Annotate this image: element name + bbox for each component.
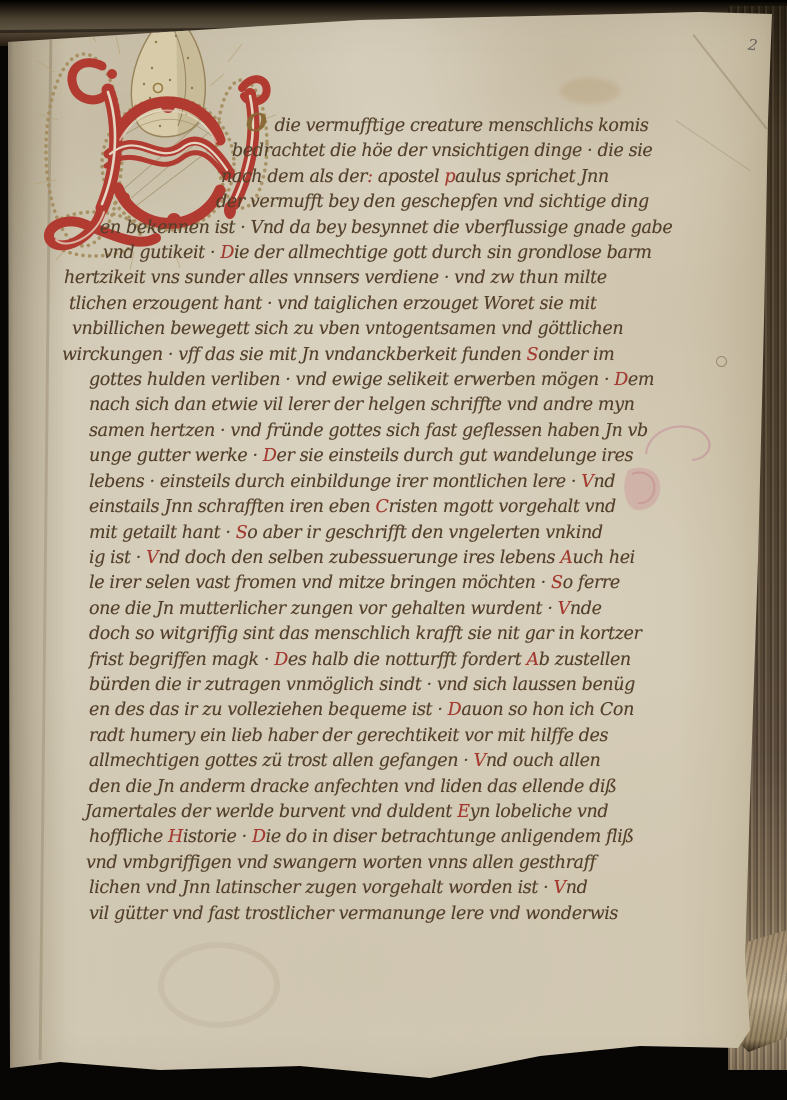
text-segment: o aber ir geschrifft den vngelerten vnki… [247, 523, 602, 543]
parchment-stain [560, 78, 620, 104]
manuscript-line: en bekennen ist · Vnd da bey besynnet di… [100, 216, 682, 241]
manuscript-line: unge gutter werke · Der sie einsteils du… [89, 444, 682, 469]
text-segment: doch so witgriffig sint das menschlich k… [89, 624, 641, 644]
manuscript-line: samen hertzen · vnd fründe gottes sich f… [89, 419, 682, 444]
folio-number: 2 [747, 36, 758, 55]
corner-crease [675, 120, 750, 171]
text-segment: yn lobeliche vnd [470, 802, 609, 822]
text-segment: en bekennen ist · Vnd da bey besynnet di… [100, 218, 672, 238]
text-segment: en des das ir zu volleziehen bequeme ist… [89, 700, 448, 720]
rubricated-letter: p [444, 167, 455, 187]
manuscript-line: wirckungen · vff das sie mit Jn vndanckb… [62, 343, 682, 368]
rubricated-letter: V [553, 878, 565, 898]
rubricated-letter: H [168, 827, 183, 847]
manuscript-line: mit getailt hant · So aber ir geschrifft… [89, 521, 682, 546]
text-segment: uch hei [573, 548, 635, 568]
text-segment: gottes hulden verliben · vnd ewige selik… [89, 370, 614, 390]
manuscript-line: gottes hulden verliben · vnd ewige selik… [89, 368, 682, 393]
manuscript-line: vnd vmbgriffigen vnd swangern worten vnn… [86, 851, 682, 876]
text-segment: vnd gutikeit · [103, 243, 220, 263]
text-segment: ie do in diser betrachtunge anligendem f… [266, 827, 634, 847]
text-segment: es halb die notturfft fordert [288, 650, 527, 670]
text-segment: ig ist · [89, 548, 146, 568]
text-block: O die vermufftige creature menschlichs k… [62, 110, 682, 927]
text-segment: one die Jn mutterlicher zungen vor gehal… [89, 599, 558, 619]
manuscript-line: one die Jn mutterlicher zungen vor gehal… [89, 597, 682, 622]
text-segment: nd [566, 878, 588, 898]
rubricated-letter: V [474, 751, 486, 771]
text-segment: nd doch den selben zubessuerunge ires le… [158, 548, 560, 568]
text-segment: tlichen erzougent hant · vnd taiglichen … [69, 294, 596, 314]
text-segment: hertzikeit vns sunder alles vnnsers verd… [64, 268, 607, 288]
parchment-page: 2 [0, 0, 787, 1100]
text-segment: nd ouch allen [486, 751, 601, 771]
text-segment: einstails Jnn schrafften iren eben [89, 497, 375, 517]
pen-trial-mark [716, 356, 727, 367]
manuscript-line: frist begriffen magk · Des halb die nott… [89, 648, 682, 673]
rubricated-letter: D [448, 700, 462, 720]
text-segment: istorie · [183, 827, 252, 847]
versal-letter: O [246, 108, 274, 137]
manuscript-line: bedrachtet die höe der vnsichtigen dinge… [232, 139, 682, 164]
manuscript-line: le irer selen vast fromen vnd mitze brin… [89, 571, 682, 596]
text-segment: aulus sprichet Jnn [455, 167, 609, 187]
rubricated-letter: S [526, 345, 538, 365]
text-segment: nd [594, 472, 616, 492]
text-segment: mit getailt hant · [89, 523, 236, 543]
manuscript-line: einstails Jnn schrafften iren eben Crist… [89, 495, 682, 520]
manuscript-line: nach sich dan etwie vil lerer der helgen… [89, 393, 682, 418]
rubricated-letter: D [252, 827, 266, 847]
text-segment: hoffliche [89, 827, 168, 847]
text-segment: le irer selen vast fromen vnd mitze brin… [89, 573, 551, 593]
text-segment: nach sich dan etwie vil lerer der helgen… [89, 395, 634, 415]
manuscript-line: vil gütter vnd fast trostlicher vermanun… [89, 902, 682, 927]
manuscript-line: lebens · einsteils durch einbildunge ire… [89, 470, 682, 495]
text-segment: b zustellen [539, 650, 631, 670]
rubricated-letter: E [457, 802, 469, 822]
text-segment: nde [570, 599, 602, 619]
text-segment: lichen vnd Jnn latinscher zugen vorgehal… [89, 878, 553, 898]
text-segment: apostel [373, 167, 445, 187]
rubricated-letter: A [560, 548, 572, 568]
rubricated-letter: D [274, 650, 288, 670]
text-segment: ie der allmechtige gott durch sin grondl… [234, 243, 652, 263]
manuscript-line: den die Jn anderm dracke anfechten vnd l… [89, 775, 682, 800]
manuscript-line: allmechtigen gottes zü trost allen gefan… [89, 749, 682, 774]
rubricated-letter: D [220, 243, 234, 263]
text-segment: onder im [538, 345, 614, 365]
text-segment: vnbillichen bewegett sich zu vben vntoge… [72, 319, 623, 339]
text-segment: em [628, 370, 654, 390]
manuscript-line: vnd gutikeit · Die der allmechtige gott … [103, 241, 682, 266]
text-segment: allmechtigen gottes zü trost allen gefan… [89, 751, 474, 771]
manuscript-line: nach dem als der: apostel paulus spriche… [221, 165, 682, 190]
manuscript-line: en des das ir zu volleziehen bequeme ist… [89, 698, 682, 723]
text-segment: o ferre [563, 573, 620, 593]
rubricated-letter: D [614, 370, 628, 390]
text-segment: auon so hon ich Con [461, 700, 634, 720]
manuscript-line: lichen vnd Jnn latinscher zugen vorgehal… [89, 876, 682, 901]
text-segment: samen hertzen · vnd fründe gottes sich f… [89, 421, 648, 441]
manuscript-line: Jamertales der werlde burvent vnd dulden… [85, 800, 682, 825]
rubricated-letter: V [146, 548, 158, 568]
text-segment: lebens · einsteils durch einbildunge ire… [89, 472, 581, 492]
text-segment: risten mgott vorgehalt vnd [388, 497, 615, 517]
text-segment: Jamertales der werlde burvent vnd dulden… [85, 802, 457, 822]
faint-offset-stain [158, 942, 280, 1028]
manuscript-line: der vermufft bey den geschepfen vnd sich… [216, 190, 682, 215]
rubricated-letter: V [581, 472, 593, 492]
manuscript-line: hertzikeit vns sunder alles vnnsers verd… [64, 266, 682, 291]
manuscript-line: tlichen erzougent hant · vnd taiglichen … [69, 292, 682, 317]
manuscript-line: O die vermufftige creature menschlichs k… [246, 110, 682, 139]
rubricated-letter: V [558, 599, 570, 619]
manuscript-line: ig ist · Vnd doch den selben zubessuerun… [89, 546, 682, 571]
rubricated-letter: C [375, 497, 388, 517]
text-segment: vil gütter vnd fast trostlicher vermanun… [89, 904, 618, 924]
text-segment: radt humery ein lieb haber der gerechtik… [89, 726, 608, 746]
text-segment: die vermufftige creature menschlichs kom… [274, 116, 648, 136]
text-segment: bedrachtet die höe der vnsichtigen dinge… [232, 141, 652, 161]
manuscript-line: radt humery ein lieb haber der gerechtik… [89, 724, 682, 749]
text-segment: der vermufft bey den geschepfen vnd sich… [216, 192, 649, 212]
manuscript-photo: 2 [0, 0, 787, 1100]
text-segment: den die Jn anderm dracke anfechten vnd l… [89, 777, 616, 797]
rubricated-letter: S [551, 573, 563, 593]
text-segment: er sie einsteils durch gut wandelunge ir… [276, 446, 633, 466]
rubricated-letter: S [236, 523, 248, 543]
manuscript-line: bürden die ir zutragen vnmöglich sindt ·… [89, 673, 682, 698]
text-segment: frist begriffen magk · [89, 650, 274, 670]
text-segment: vnd vmbgriffigen vnd swangern worten vnn… [86, 853, 596, 873]
text-segment: unge gutter werke · [89, 446, 263, 466]
rubricated-letter: A [527, 650, 539, 670]
text-segment: wirckungen · vff das sie mit Jn vndanckb… [62, 345, 526, 365]
text-lines: O die vermufftige creature menschlichs k… [62, 110, 682, 927]
manuscript-line: vnbillichen bewegett sich zu vben vntoge… [72, 317, 682, 342]
rubricated-letter: D [263, 446, 277, 466]
text-segment: bürden die ir zutragen vnmöglich sindt ·… [89, 675, 635, 695]
manuscript-line: hoffliche Historie · Die do in diser bet… [89, 825, 682, 850]
manuscript-line: doch so witgriffig sint das menschlich k… [89, 622, 682, 647]
text-segment: nach dem als der [221, 167, 367, 187]
